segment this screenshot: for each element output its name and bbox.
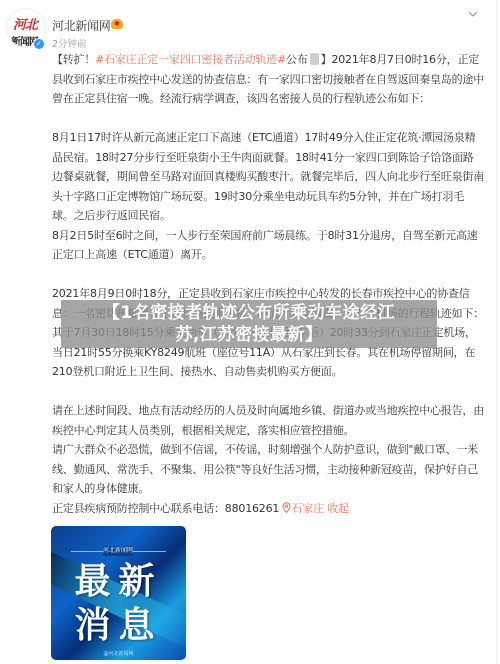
contact-text: 正定县疾病预防控制中心联系电话：88016261 — [52, 502, 279, 515]
headline-line-1: 【1名密接者轨迹公布所乘动车途经江 — [61, 302, 437, 324]
location-label: 石家庄 — [291, 502, 323, 515]
verified-check-icon: ✓ — [33, 38, 45, 50]
image-watermark: @河北新闻网 — [51, 650, 186, 657]
intro-after-hashtag: 公布 — [286, 53, 308, 66]
image-title-line-2: 消息 — [51, 606, 186, 646]
paragraph-gap — [52, 265, 484, 285]
hashtag-link[interactable]: #石家庄正定一家四口密接者活动轨迹# — [95, 53, 286, 66]
paragraph-gap — [52, 109, 484, 129]
paragraph-aug2: 8月2日5时至6时之间，一人步行至荣国府前广场晨练。于8时31分退房，自驾至新元… — [52, 226, 484, 265]
headline-line-2: 苏,江苏密接最新】 — [61, 324, 437, 346]
weibo-post-card: 河北 新闻网 ✓ 河北新闻网 ● 2分钟前 【转扩！#石家庄正定一家四口密接者活… — [0, 0, 497, 664]
post-image-latest-news[interactable]: 河北新闻网 最新 消息 @河北新闻网 — [51, 526, 186, 660]
intro-prefix: 【转扩！ — [52, 53, 95, 66]
image-brand-logo: 河北新闻网 — [103, 546, 133, 556]
paragraph-public: 请广大群众不必恐慌，做到不信谣，不传谣，时刻增强个人防护意识，做到"戴口罩、一米… — [52, 440, 484, 499]
image-title-line-1: 最新 — [51, 562, 186, 602]
contact-line: 正定县疾病预防控制中心联系电话：88016261 石家庄 收起 — [52, 499, 484, 519]
headline-overlay-banner: 【1名密接者轨迹公布所乘动车途经江 苏,江苏密接最新】 — [61, 300, 437, 348]
collapse-button[interactable]: 收起 — [327, 502, 349, 515]
chevron-down-icon[interactable] — [468, 9, 478, 19]
location-link[interactable]: 石家庄 — [282, 502, 327, 515]
paragraph-aug1: 8月1日17时许从新元高速正定口下高速（ETC通道）17时49分入住正定花筑·潭… — [52, 128, 484, 226]
avatar-logo-text: 河北 — [13, 14, 37, 33]
post-intro: 【转扩！#石家庄正定一家四口密接者活动轨迹#公布】2021年8月7日0时16分，… — [52, 50, 484, 109]
post-body: 【转扩！#石家庄正定一家四口密接者活动轨迹#公布】2021年8月7日0时16分，… — [52, 50, 484, 518]
document-icon — [310, 53, 319, 65]
paragraph-gap — [52, 382, 484, 402]
post-timestamp[interactable]: 2分钟前 — [52, 36, 87, 50]
paragraph-notice: 请在上述时间段、地点有活动经历的人员及时向属地乡镇、街道办或当地疾控中心报告，由… — [52, 401, 484, 440]
username[interactable]: 河北新闻网 — [52, 17, 111, 34]
vip-badge-icon[interactable]: ● — [111, 19, 123, 29]
